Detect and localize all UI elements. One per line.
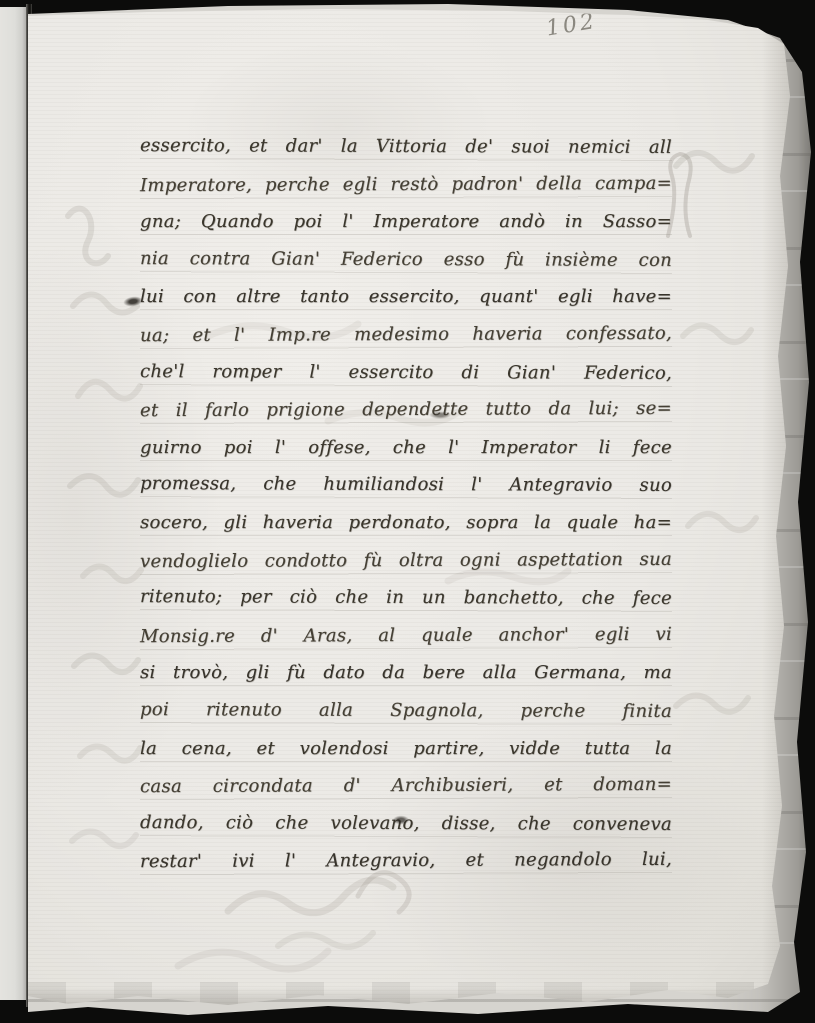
manuscript-page: 102 essercito, et dar' la Vittoria de' s… xyxy=(28,6,802,1012)
manuscript-line: casa circondata d' Archibusieri, et doma… xyxy=(140,766,672,806)
manuscript-line: poi ritenuto alla Spagnola, perche finit… xyxy=(140,691,672,730)
manuscript-line: essercito, et dar' la Vittoria de' suoi … xyxy=(140,127,672,166)
manuscript-line: che'l romper l' essercito di Gian' Feder… xyxy=(140,353,672,392)
manuscript-line: promessa, che humiliandosi l' Antegravio… xyxy=(140,465,672,504)
manuscript-line: ritenuto; per ciò che in un banchetto, c… xyxy=(140,578,672,617)
manuscript-line: dando, ciò che volevano, disse, che conv… xyxy=(140,804,672,843)
manuscript-line: guirno poi l' offese, che l' Imperator l… xyxy=(140,429,672,467)
manuscript-line: Imperatore, perche egli restò padron' de… xyxy=(140,164,672,204)
manuscript-line: et il farlo prigione dependette tutto da… xyxy=(140,390,672,430)
manuscript-photo: 102 essercito, et dar' la Vittoria de' s… xyxy=(0,0,815,1023)
manuscript-text-block: essercito, et dar' la Vittoria de' suoi … xyxy=(140,128,672,880)
manuscript-line: Monsig.re d' Aras, al quale anchor' egli… xyxy=(140,616,672,656)
manuscript-line: nia contra Gian' Federico esso fù insièm… xyxy=(140,240,672,279)
manuscript-line: restar' ivi l' Antegravio, et negandolo … xyxy=(140,841,672,881)
manuscript-line: la cena, et volendosi partire, vidde tut… xyxy=(140,730,672,768)
manuscript-line: si trovò, gli fù dato da bere alla Germa… xyxy=(140,654,672,692)
manuscript-line: lui con altre tanto essercito, quant' eg… xyxy=(140,278,672,316)
manuscript-line: ua; et l' Imp.re medesimo haveria confes… xyxy=(140,315,672,355)
manuscript-line: vendoglielo condotto fù oltra ogni aspet… xyxy=(140,540,672,580)
manuscript-line: socero, gli haveria perdonato, sopra la … xyxy=(140,504,672,542)
manuscript-line: gna; Quando poi l' Imperatore andò in Sa… xyxy=(140,203,672,241)
facing-page-sliver xyxy=(0,7,27,1000)
